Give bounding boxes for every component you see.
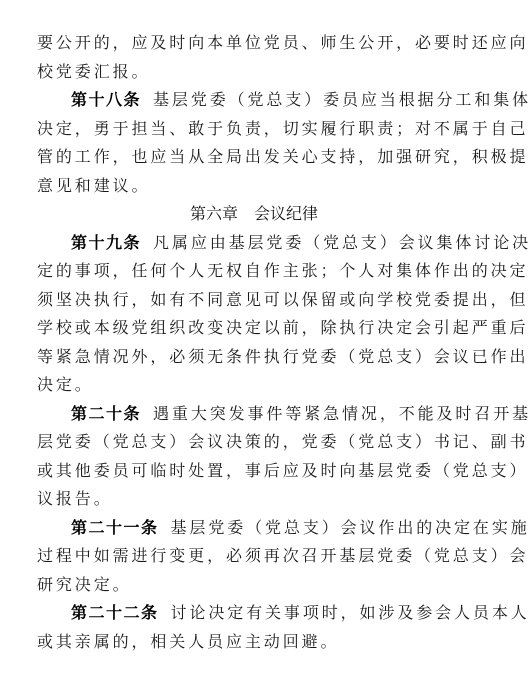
article-text: 遇重大突发事件等紧急情况，不能及时召开基 bbox=[153, 404, 529, 423]
text-line: 要公开的，应及时向本单位党员、师生公开，必要时还应向学 bbox=[37, 29, 477, 58]
text-line: 等紧急情况外，必须无条件执行党委（党总支）会议已作出的 bbox=[37, 343, 477, 372]
text-line: 议报告。 bbox=[37, 485, 477, 514]
text-line: 定的事项，任何个人无权自作主张；个人对集体作出的决定必 bbox=[37, 257, 477, 286]
text-line: 决定，勇于担当、敢于负责，切实履行职责；对不属于自己分 bbox=[37, 115, 477, 144]
article-text: 凡属应由基层党委（党总支）会议集体讨论决 bbox=[153, 233, 529, 252]
article-label: 第二十一条 bbox=[71, 518, 159, 537]
text-line: 过程中如需进行变更，必须再次召开基层党委（党总支）会议 bbox=[37, 542, 477, 571]
article-19: 第十九条凡属应由基层党委（党总支）会议集体讨论决 bbox=[37, 229, 477, 258]
article-label: 第二十条 bbox=[71, 404, 141, 423]
document-page: 要公开的，应及时向本单位党员、师生公开，必要时还应向学 校党委汇报。 第十八条基… bbox=[37, 29, 477, 656]
article-20: 第二十条遇重大突发事件等紧急情况，不能及时召开基 bbox=[37, 400, 477, 429]
article-text: 基层党委（党总支）委员应当根据分工和集体 bbox=[153, 90, 529, 109]
chapter-heading: 第六章会议纪律 bbox=[37, 200, 477, 229]
text-line: 或其亲属的，相关人员应主动回避。 bbox=[37, 628, 477, 657]
text-line: 层党委（党总支）会议决策的，党委（党总支）书记、副书记 bbox=[37, 428, 477, 457]
article-label: 第二十二条 bbox=[71, 603, 159, 622]
article-18: 第十八条基层党委（党总支）委员应当根据分工和集体 bbox=[37, 86, 477, 115]
text-line: 学校或本级党组织改变决定以前，除执行决定会引起严重后果 bbox=[37, 314, 477, 343]
text-line: 意见和建议。 bbox=[37, 172, 477, 201]
text-line: 管的工作，也应当从全局出发关心支持，加强研究，积极提出 bbox=[37, 143, 477, 172]
text-line: 研究决定。 bbox=[37, 571, 477, 600]
article-21: 第二十一条基层党委（党总支）会议作出的决定在实施 bbox=[37, 514, 477, 543]
text-line: 决定。 bbox=[37, 371, 477, 400]
article-label: 第十八条 bbox=[71, 90, 141, 109]
article-text: 基层党委（党总支）会议作出的决定在实施 bbox=[171, 518, 529, 537]
chapter-title: 会议纪律 bbox=[254, 204, 318, 223]
article-label: 第十九条 bbox=[71, 233, 141, 252]
chapter-number: 第六章 bbox=[190, 204, 238, 223]
text-line: 须坚决执行，如有不同意见可以保留或向学校党委提出，但在 bbox=[37, 286, 477, 315]
article-22: 第二十二条讨论决定有关事项时，如涉及参会人员本人 bbox=[37, 599, 477, 628]
article-text: 讨论决定有关事项时，如涉及参会人员本人 bbox=[171, 603, 529, 622]
text-line: 校党委汇报。 bbox=[37, 58, 477, 87]
text-line: 或其他委员可临时处置，事后应及时向基层党委（党总支）会 bbox=[37, 457, 477, 486]
